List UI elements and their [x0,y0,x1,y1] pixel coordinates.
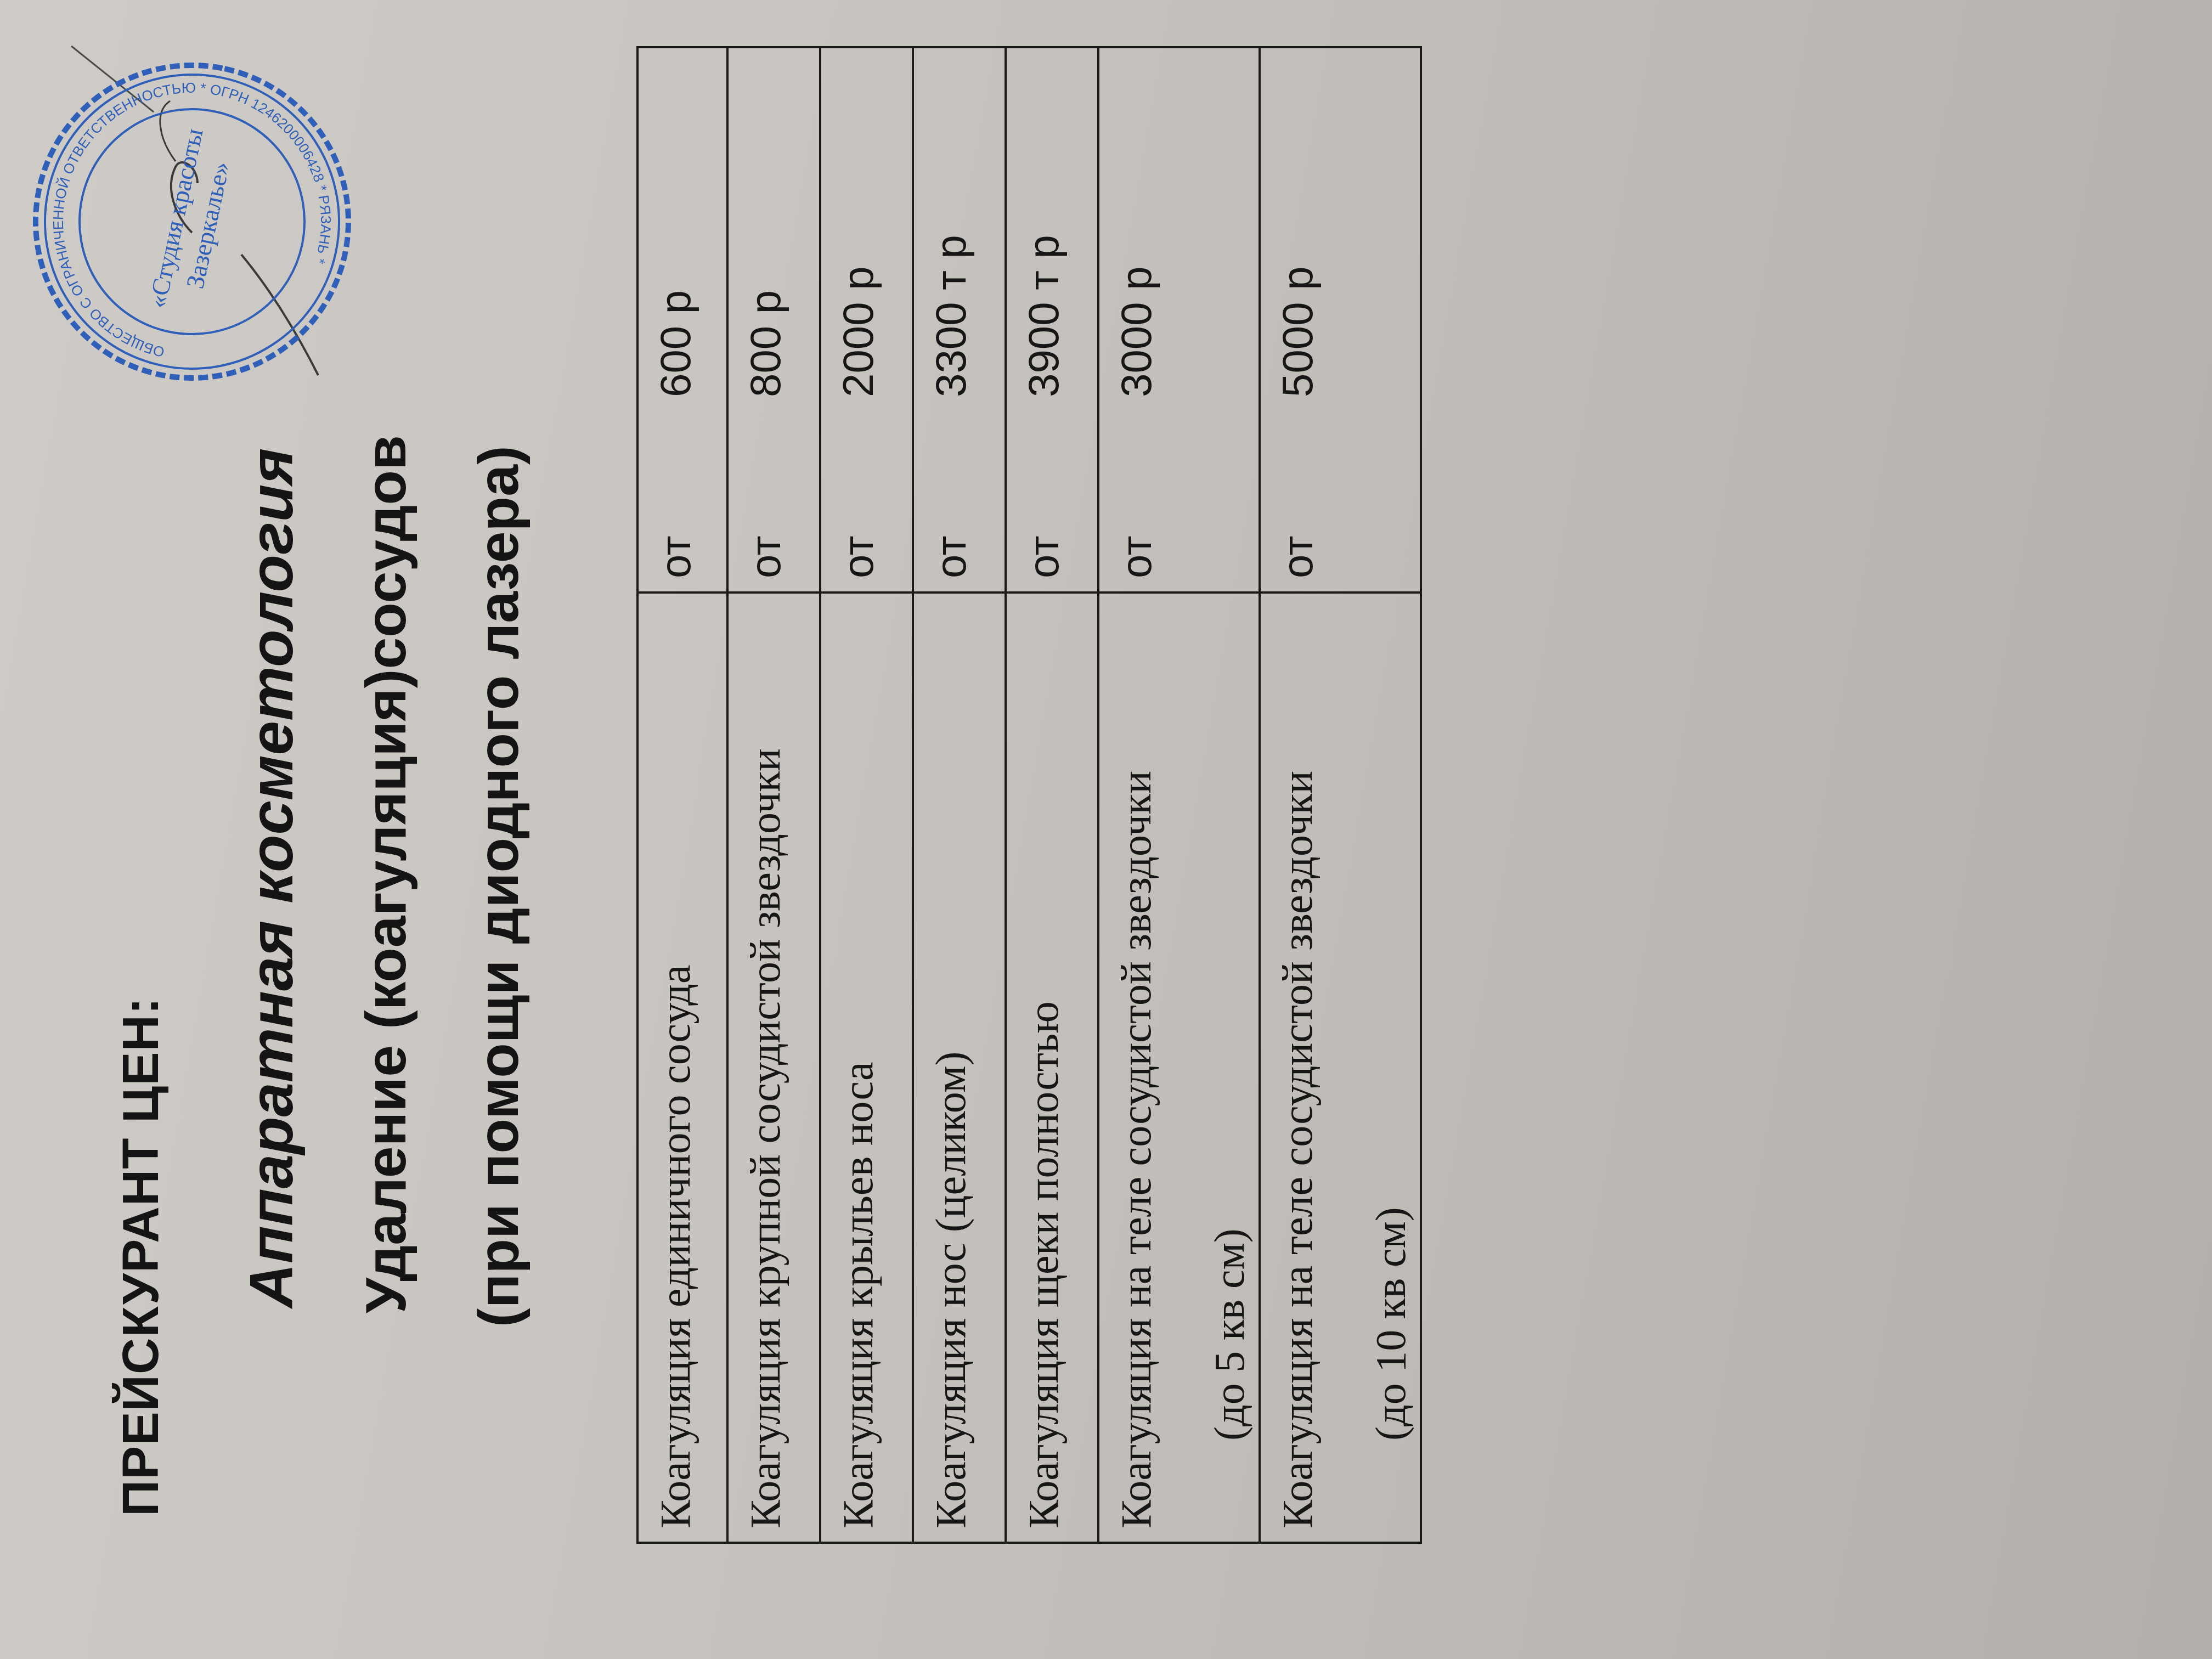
price-from-label: от [926,397,976,578]
price-cell: от800 р [727,47,820,592]
service-name: Коагуляция на теле сосудистой звездочки [1273,771,1321,1528]
price-from-label: от [741,397,791,578]
price-table-row: Коагуляция нос (целиком)от3300 т р [913,47,1006,1543]
service-cell: Коагуляция нос (целиком) [913,592,1006,1543]
service-cell: Коагуляция на теле сосудистой звездочки(… [1260,592,1421,1543]
category-title: Аппаратная косметология [236,448,307,1308]
price-value: 2000 р [834,266,882,397]
price-cell: от3300 т р [913,47,1006,592]
price-cell: от600 р [637,47,727,592]
price-from-label: от [651,397,701,578]
service-cell: Коагуляция крыльев носа [820,592,913,1543]
price-table-row: Коагуляция единичного сосудаот600 р [637,47,727,1543]
price-table-row: Коагуляция на теле сосудистой звездочки(… [1260,47,1421,1543]
procedure-title: Удаление (коагуляция)сосудов [354,435,419,1313]
price-list-page: ОБЩЕСТВО С ОГРАНИЧЕННОЙ ОТВЕТСТВЕННОСТЬЮ… [0,0,2212,1659]
price-cell: от5000 р [1260,47,1421,592]
price-from-label: от [1019,397,1069,578]
service-cell: Коагуляция единичного сосуда [637,592,727,1543]
price-cell: от3000 р [1098,47,1260,592]
service-area-note: (до 5 кв см) [1161,607,1254,1528]
service-name: Коагуляция крупной сосудистой звездочки [741,748,789,1528]
service-cell: Коагуляция на теле сосудистой звездочки(… [1098,592,1260,1543]
price-table-row: Коагуляция на теле сосудистой звездочки(… [1098,47,1260,1543]
price-value: 3900 т р [1019,235,1068,397]
method-subtitle: (при помощи диодного лазера) [466,445,532,1327]
price-table-row: Коагуляция крупной сосудистой звездочкио… [727,47,820,1543]
price-cell: от2000 р [820,47,913,592]
service-area-note: (до 10 кв см) [1322,607,1415,1528]
service-name: Коагуляция на теле сосудистой звездочки [1112,771,1160,1528]
service-name: Коагуляция нос (целиком) [927,1051,974,1528]
price-table-row: Коагуляция щеки полностьюот3900 т р [1006,47,1098,1543]
price-table: Коагуляция единичного сосудаот600 рКоагу… [636,46,1422,1544]
price-from-label: от [1273,397,1323,578]
price-from-label: от [1111,397,1161,578]
price-from-label: от [833,397,883,578]
official-stamp: ОБЩЕСТВО С ОГРАНИЧЕННОЙ ОТВЕТСТВЕННОСТЬЮ… [0,26,387,417]
service-name: Коагуляция крыльев носа [834,1062,882,1528]
price-value: 5000 р [1273,266,1322,397]
service-cell: Коагуляция щеки полностью [1006,592,1098,1543]
price-list-heading: ПРЕЙСКУРАНТ ЦЕН: [112,997,170,1516]
price-value: 3300 т р [927,235,975,397]
price-value: 800 р [741,290,789,397]
price-value: 3000 р [1112,266,1160,397]
price-cell: от3900 т р [1006,47,1098,592]
service-name: Коагуляция единичного сосуда [651,964,699,1528]
service-name: Коагуляция щеки полностью [1019,1001,1067,1528]
price-value: 600 р [651,290,699,397]
price-table-row: Коагуляция крыльев носаот2000 р [820,47,913,1543]
service-cell: Коагуляция крупной сосудистой звездочки [727,592,820,1543]
stamp-ring-text: ОБЩЕСТВО С ОГРАНИЧЕННОЙ ОТВЕТСТВЕННОСТЬЮ… [24,53,361,391]
